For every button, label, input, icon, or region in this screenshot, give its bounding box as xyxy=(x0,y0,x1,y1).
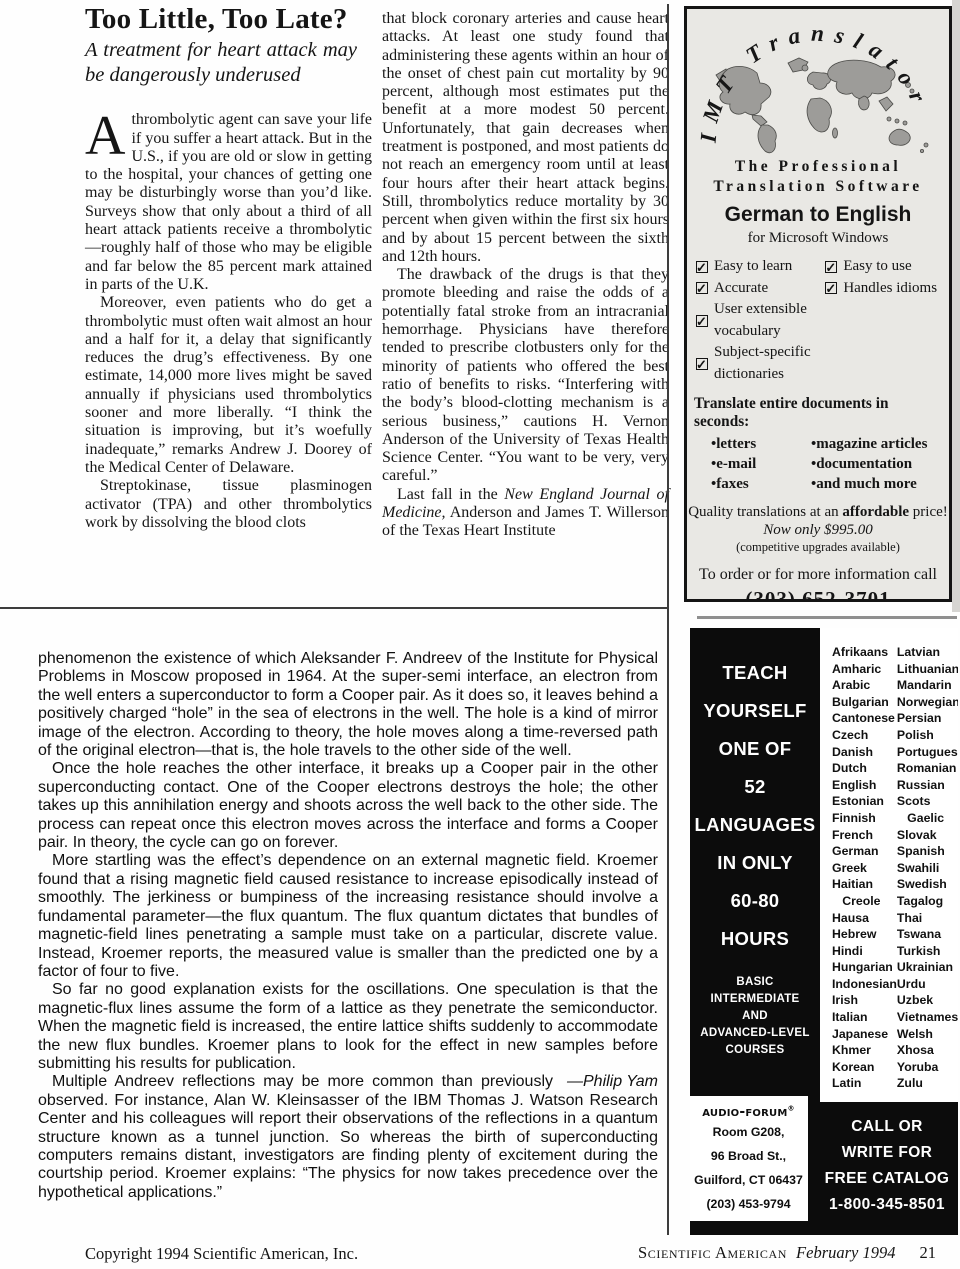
audio-forum-address-box: audio-forum® Room G208,96 Broad St.,Guil… xyxy=(690,1093,811,1224)
audio-forum-address: Room G208,96 Broad St.,Guilford, CT 0643… xyxy=(690,1120,808,1216)
magazine-page: Too Little, Too Late? A treatment for he… xyxy=(0,0,960,1269)
audio-forum-ad: TEACHYOURSELFONE OF52LANGUAGESIN ONLY60-… xyxy=(690,628,958,1235)
headline-line: ONE OF xyxy=(690,730,820,768)
language-item: Italian xyxy=(832,1009,897,1026)
vertical-rule xyxy=(667,4,669,1235)
course-level-line: AND xyxy=(690,1008,820,1025)
language-item: English xyxy=(832,777,897,794)
language-item: Russian xyxy=(897,777,958,794)
language-item: Spanish xyxy=(897,843,958,860)
language-item: Estonian xyxy=(832,793,897,810)
language-item: Tagalog xyxy=(897,893,958,910)
language-item: Hungarian xyxy=(832,959,897,976)
language-item: Uzbek xyxy=(897,992,958,1009)
language-item: Creole xyxy=(832,893,897,910)
language-item: Indonesian xyxy=(832,976,897,993)
logo-text: audio-forum xyxy=(702,1104,787,1120)
course-level-line: COURSES xyxy=(690,1042,820,1059)
language-item: Mandarin xyxy=(897,677,958,694)
imt-phone-number: (303) 652-3701 xyxy=(687,587,949,602)
article-title: Too Little, Too Late? xyxy=(85,10,372,28)
feature-item: Subject-specific dictionaries xyxy=(696,342,825,385)
course-level-line: BASIC xyxy=(690,974,820,991)
language-item: Romanian xyxy=(897,760,958,777)
paragraph: Once the hole reaches the other interfac… xyxy=(38,760,658,852)
horizontal-rule xyxy=(0,607,669,609)
quality-text: price! xyxy=(909,504,948,520)
checked-checkbox-icon xyxy=(696,282,708,294)
copyright-notice: Copyright 1994 Scientific American, Inc. xyxy=(85,1244,358,1264)
language-item: Czech xyxy=(832,727,897,744)
imt-tagline-1: The Professional xyxy=(687,157,949,177)
language-list-panel: AfrikaansAmharicArabicBulgarianCantonese… xyxy=(820,628,958,1102)
language-item: Gaelic xyxy=(897,810,958,827)
language-item: Scots xyxy=(897,793,958,810)
article-andreev-reflections: phenomenon the existence of which Aleksa… xyxy=(38,650,658,1202)
article-column-2: that block coronary arteries and cause h… xyxy=(382,10,669,541)
feature-row: User extensible vocabulary xyxy=(696,299,940,342)
checked-checkbox-icon xyxy=(825,261,837,273)
paragraph: So far no good explanation exists for th… xyxy=(38,981,658,1073)
address-line: Room G208, xyxy=(690,1120,808,1144)
registered-mark-icon: ® xyxy=(788,1104,795,1112)
bullet-item: and much more xyxy=(811,474,927,494)
language-item: Latin xyxy=(832,1075,897,1092)
checked-checkbox-icon xyxy=(696,261,708,273)
page-number: 21 xyxy=(920,1243,937,1262)
feature-label: Easy to use xyxy=(843,256,911,278)
feature-item: User extensible vocabulary xyxy=(696,299,825,342)
paragraph: Athrombolytic agent can save your life i… xyxy=(85,111,372,294)
paragraph: Last fall in the New England Journal of … xyxy=(382,486,669,541)
imt-logo-art: IMT Translator xyxy=(692,11,944,157)
catalog-line: FREE CATALOG xyxy=(816,1166,958,1192)
bullet-item: magazine articles xyxy=(811,434,927,454)
language-item: Tswana xyxy=(897,926,958,943)
language-item: Arabic xyxy=(832,677,897,694)
free-catalog-block: CALL ORWRITE FORFREE CATALOG1-800-345-85… xyxy=(816,1114,958,1218)
language-item: Afrikaans xyxy=(832,644,897,661)
language-item: Slovak xyxy=(897,827,958,844)
catalog-line: CALL OR xyxy=(816,1114,958,1140)
language-item: Khmer xyxy=(832,1042,897,1059)
paragraph: —Philip YamMultiple Andreev reflections … xyxy=(38,1073,658,1202)
language-item: Hindi xyxy=(832,943,897,960)
ad-divider-rule xyxy=(697,616,957,619)
bullet-item: documentation xyxy=(811,454,927,474)
feature-label: Accurate xyxy=(714,278,768,300)
paragraph: phenomenon the existence of which Aleksa… xyxy=(38,650,658,760)
language-item: Swedish xyxy=(897,876,958,893)
language-item: Norwegian xyxy=(897,694,958,711)
language-item: Polish xyxy=(897,727,958,744)
language-item: Hausa xyxy=(832,910,897,927)
issue-date: February 1994 xyxy=(796,1243,895,1262)
teach-headline-column: TEACHYOURSELFONE OF52LANGUAGESIN ONLY60-… xyxy=(690,654,820,1059)
feature-item: Handles idioms xyxy=(825,278,937,300)
language-item: Welsh xyxy=(897,1026,958,1043)
language-item: Latvian xyxy=(897,644,958,661)
dropcap: A xyxy=(85,111,131,158)
language-item: Finnish xyxy=(832,810,897,827)
feature-label: Handles idioms xyxy=(843,278,937,300)
imt-translate-header: Translate entire documents in seconds: xyxy=(687,395,949,431)
bullet-item: letters xyxy=(711,434,811,454)
audio-forum-logo: audio-forum® xyxy=(690,1104,808,1120)
language-item: Greek xyxy=(832,860,897,877)
imt-upgrade-note: (competitive upgrades available) xyxy=(687,540,949,555)
headline-line: YOURSELF xyxy=(690,692,820,730)
address-line: (203) 453-9794 xyxy=(690,1192,808,1216)
headline-line: TEACH xyxy=(690,654,820,692)
author-byline: —Philip Yam xyxy=(553,1073,658,1091)
article-too-little-too-late: Too Little, Too Late? A treatment for he… xyxy=(85,10,669,541)
paragraph: Streptokinase, tissue plasminogen activa… xyxy=(85,477,372,532)
footer-issue-block: Scientific AmericanFebruary 199421 xyxy=(638,1243,936,1263)
paragraph: Moreover, even patients who do get a thr… xyxy=(85,294,372,477)
imt-translator-ad: IMT Translator The Professional Translat… xyxy=(684,6,952,602)
paragraph: The drawback of the drugs is that they p… xyxy=(382,266,669,486)
teach-headline: TEACHYOURSELFONE OF52LANGUAGESIN ONLY60-… xyxy=(690,654,820,958)
checked-checkbox-icon xyxy=(696,358,708,370)
language-item: Korean xyxy=(832,1059,897,1076)
feature-item: Accurate xyxy=(696,278,825,300)
headline-line: 60-80 xyxy=(690,882,820,920)
catalog-line: 1-800-345-8501 xyxy=(816,1192,958,1218)
checked-checkbox-icon xyxy=(825,282,837,294)
course-level-line: ADVANCED-LEVEL xyxy=(690,1025,820,1042)
language-item: Bulgarian xyxy=(832,694,897,711)
imt-product-name: German to English xyxy=(687,203,949,227)
headline-line: LANGUAGES xyxy=(690,806,820,844)
paragraph: that block coronary arteries and cause h… xyxy=(382,10,669,266)
imt-bullet-lists: letterse-mailfaxes magazine articlesdocu… xyxy=(687,434,949,494)
checked-checkbox-icon xyxy=(696,315,708,327)
language-item: Japanese xyxy=(832,1026,897,1043)
quality-text: Quality translations at an xyxy=(688,504,842,520)
bullet-item: e-mail xyxy=(711,454,811,474)
course-level-line: INTERMEDIATE xyxy=(690,991,820,1008)
language-item: Hebrew xyxy=(832,926,897,943)
language-item: Danish xyxy=(832,744,897,761)
paragraph: More startling was the effect’s dependen… xyxy=(38,852,658,981)
imt-price: Now only $995.00 xyxy=(687,522,949,539)
language-item: Zulu xyxy=(897,1075,958,1092)
feature-label: User extensible vocabulary xyxy=(714,299,825,342)
language-item: Dutch xyxy=(832,760,897,777)
language-item: Irish xyxy=(832,992,897,1009)
magazine-brand: Scientific American xyxy=(638,1243,787,1262)
imt-feature-list: Easy to learn Easy to use Accurate Handl… xyxy=(687,256,949,385)
language-item: Lithuanian xyxy=(897,661,958,678)
headline-line: 52 xyxy=(690,768,820,806)
language-item: Urdu xyxy=(897,976,958,993)
teach-course-levels: BASICINTERMEDIATEANDADVANCED-LEVELCOURSE… xyxy=(690,974,820,1059)
imt-platform: for Microsoft Windows xyxy=(687,230,949,247)
address-line: Guilford, CT 06437 xyxy=(690,1168,808,1192)
paragraph-text: Last fall in the xyxy=(397,486,504,503)
language-item: Persian xyxy=(897,710,958,727)
language-column-right: LatvianLithuanianMandarinNorwegianPersia… xyxy=(897,644,958,1102)
language-item: Haitian xyxy=(832,876,897,893)
language-item: German xyxy=(832,843,897,860)
feature-row: Subject-specific dictionaries xyxy=(696,342,940,385)
page-edge-shadow xyxy=(952,0,960,612)
bullet-item: faxes xyxy=(711,474,811,494)
language-column-left: AfrikaansAmharicArabicBulgarianCantonese… xyxy=(832,644,897,1102)
language-item: Xhosa xyxy=(897,1042,958,1059)
article-subtitle: A treatment for heart attack may be dang… xyxy=(85,38,357,87)
language-item: Amharic xyxy=(832,661,897,678)
quality-bold: affordable xyxy=(842,504,909,520)
paragraph-text: Multiple Andreev reflections may be more… xyxy=(38,1073,658,1200)
imt-quality-line: Quality translations at an affordable pr… xyxy=(687,504,949,521)
language-item: Swahili xyxy=(897,860,958,877)
language-item: Portuguese xyxy=(897,744,958,761)
language-item: Vietnamese xyxy=(897,1009,958,1026)
headline-line: HOURS xyxy=(690,920,820,958)
feature-label: Subject-specific dictionaries xyxy=(714,342,825,385)
language-item: Turkish xyxy=(897,943,958,960)
feature-item: Easy to use xyxy=(825,256,911,278)
imt-order-line: To order or for more information call xyxy=(687,566,949,584)
language-item: Cantonese xyxy=(832,710,897,727)
bullet-column: letterse-mailfaxes xyxy=(711,434,811,494)
address-line: 96 Broad St., xyxy=(690,1144,808,1168)
language-item: Yoruba xyxy=(897,1059,958,1076)
language-item: French xyxy=(832,827,897,844)
feature-row: Easy to learn Easy to use xyxy=(696,256,940,278)
language-item: Ukrainian xyxy=(897,959,958,976)
feature-label: Easy to learn xyxy=(714,256,792,278)
feature-row: Accurate Handles idioms xyxy=(696,278,940,300)
imt-tagline-2: Translation Software xyxy=(687,177,949,197)
bullet-column: magazine articlesdocumentationand much m… xyxy=(811,434,927,494)
language-item: Thai xyxy=(897,910,958,927)
catalog-line: WRITE FOR xyxy=(816,1140,958,1166)
headline-line: IN ONLY xyxy=(690,844,820,882)
feature-item: Easy to learn xyxy=(696,256,825,278)
article-column-1: Too Little, Too Late? A treatment for he… xyxy=(85,10,372,541)
